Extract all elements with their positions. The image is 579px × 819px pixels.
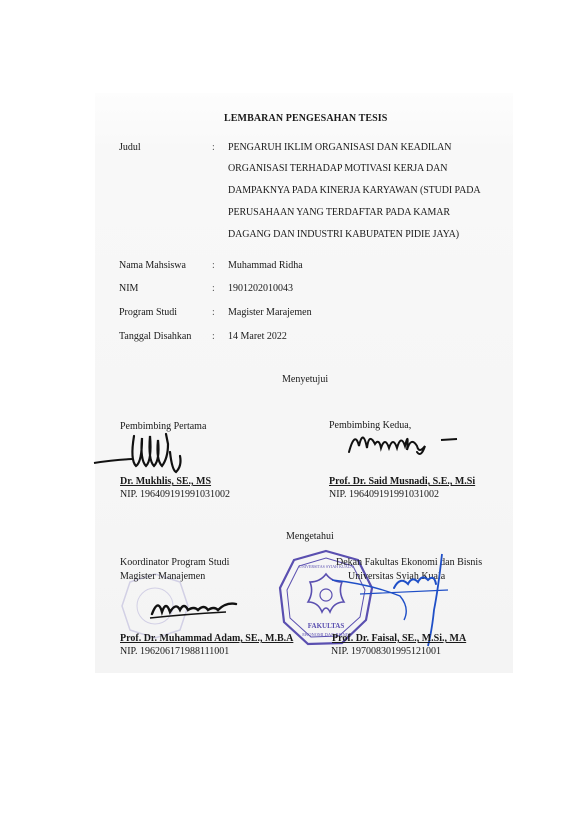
prodi-value: Magister Marajemen <box>228 307 312 318</box>
tanggal-colon: : <box>212 331 215 342</box>
dean-nip: NIP. 197008301995121001 <box>331 646 441 657</box>
first-advisor-signature <box>92 430 212 480</box>
nim-value: 1901202010043 <box>228 283 293 294</box>
tanggal-label: Tanggal Disahkan <box>119 331 191 342</box>
second-advisor-signature <box>345 424 495 464</box>
coordinator-nip: NIP. 196206171988111001 <box>120 646 229 657</box>
approval-heading: Menyetujui <box>282 374 328 385</box>
tanggal-value: 14 Maret 2022 <box>228 331 287 342</box>
prodi-label: Program Studi <box>119 307 177 318</box>
coordinator-signature <box>148 592 248 622</box>
first-advisor-nip: NIP. 196409191991031002 <box>120 489 230 500</box>
nim-colon: : <box>212 283 215 294</box>
judul-colon: : <box>212 142 215 153</box>
nim-label: NIM <box>119 283 138 294</box>
judul-line-1: PENGARUH IKLIM ORGANISASI DAN KEADILAN <box>228 142 451 153</box>
signature-icon <box>345 424 495 464</box>
page-title: LEMBARAN PENGESAHAN TESIS <box>224 113 387 124</box>
acknowledgement-heading: Mengetahui <box>286 531 334 542</box>
judul-line-4: PERUSAHAAN YANG TERDAFTAR PADA KAMAR <box>228 207 450 218</box>
coordinator-role-line-2: Magister Manajemen <box>120 571 205 582</box>
prodi-colon: : <box>212 307 215 318</box>
dean-name: Prof. Dr. Faisal, SE., M.Si., MA <box>332 633 466 644</box>
judul-line-5: DAGANG DAN INDUSTRI KABUPATEN PIDIE JAYA… <box>228 229 459 240</box>
coordinator-role-line-1: Koordinator Program Studi <box>120 557 229 568</box>
signature-icon <box>148 592 248 622</box>
judul-label: Judul <box>119 142 141 153</box>
judul-line-2: ORGANISASI TERHADAP MOTIVASI KERJA DAN <box>228 163 447 174</box>
nama-label: Nama Mahsiswa <box>119 260 186 271</box>
second-advisor-name: Prof. Dr. Said Musnadi, S.E., M.Si <box>329 476 475 487</box>
first-advisor-name: Dr. Mukhlis, SE., MS <box>120 476 211 487</box>
coordinator-name: Prof. Dr. Muhammad Adam, SE., M.B.A <box>120 633 293 644</box>
judul-line-3: DAMPAKNYA PADA KINERJA KARYAWAN (STUDI P… <box>228 185 480 196</box>
signature-icon <box>92 430 212 480</box>
second-advisor-nip: NIP. 196409191991031002 <box>329 489 439 500</box>
nama-value: Muhammad Ridha <box>228 260 303 271</box>
nama-colon: : <box>212 260 215 271</box>
